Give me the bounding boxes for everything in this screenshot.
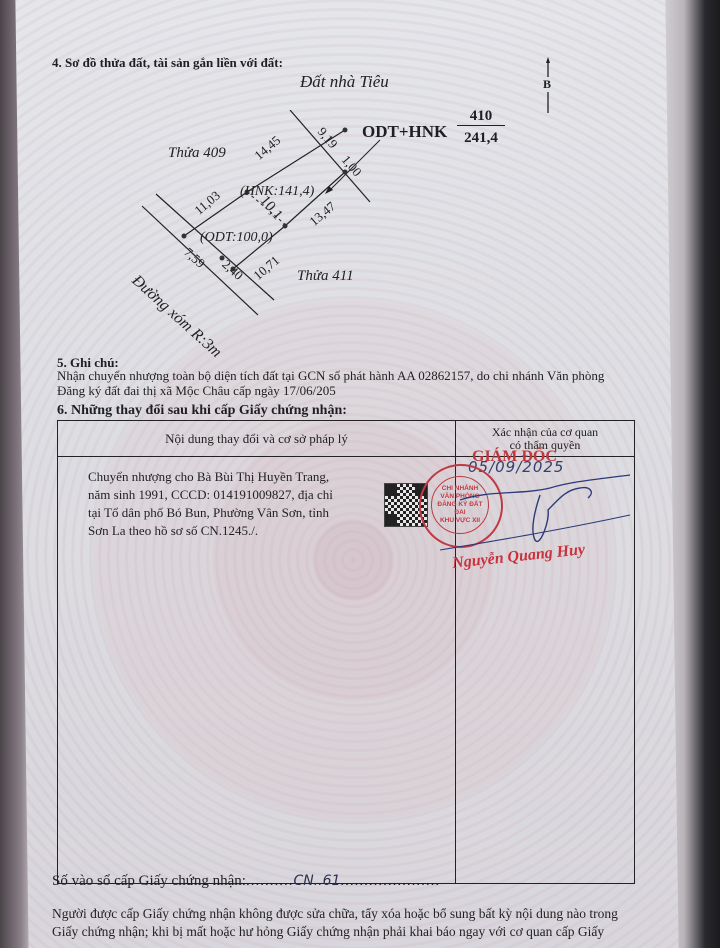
footer-line-1: Người được cấp Giấy chứng nhận không đượ… <box>52 905 672 923</box>
parcel-number: 410 <box>457 108 505 126</box>
entry-line-2: năm sinh 1991, CCCD: 014191009827, địa c… <box>88 486 368 504</box>
footer-line-2: Giấy chứng nhận; khi bị mất hoặc hư hỏng… <box>52 923 672 941</box>
sub-area-odt: (ODT:100,0) <box>200 230 273 246</box>
sub-area-hnk: (HNK:141,4) <box>240 184 314 200</box>
north-marker: B <box>543 77 551 92</box>
confirm-header-line1: Xác nhận của cơ quan <box>492 426 598 439</box>
entry-line-3: tại Tổ dân phố Bó Bun, Phường Vân Sơn, t… <box>88 504 368 522</box>
registry-number: Số vào sổ cấp Giấy chứng nhận:..........… <box>52 873 440 890</box>
section4-title: 4. Sơ đồ thửa đất, tài sản gắn liền với … <box>52 55 283 71</box>
footer-notice: Người được cấp Giấy chứng nhận không đượ… <box>52 905 672 941</box>
section6-title: 6. Những thay đổi sau khi cấp Giấy chứng… <box>57 403 347 419</box>
position-title: GIÁM ĐỐC <box>472 448 557 466</box>
north-neighbor-label: Đất nhà Tiêu <box>300 72 389 92</box>
column-header-content: Nội dung thay đổi và cơ sở pháp lý <box>58 421 455 456</box>
change-entry-text: Chuyển nhượng cho Bà Bùi Thị Huyền Trang… <box>88 468 368 540</box>
registry-label: Số vào sổ cấp Giấy chứng nhận: <box>52 873 246 889</box>
note-line-1: Nhận chuyển nhượng toàn bộ diện tích đất… <box>57 368 604 384</box>
entry-line-4: Sơn La theo hồ sơ số CN.1245./. <box>88 522 368 540</box>
neighbor-west-label: Thửa 409 <box>168 145 226 162</box>
registry-value: CN..61 <box>293 873 340 889</box>
neighbor-south-label: Thửa 411 <box>297 268 354 285</box>
note-line-2: Đăng ký đất đai thị xã Mộc Châu cấp ngày… <box>57 383 336 399</box>
parcel-area: 241,4 <box>457 130 505 147</box>
entry-line-1: Chuyển nhượng cho Bà Bùi Thị Huyền Trang… <box>88 468 368 486</box>
